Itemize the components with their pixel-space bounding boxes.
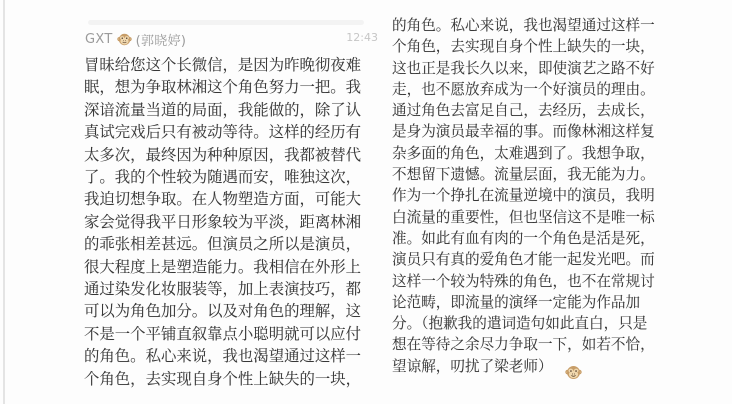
left-edge-divider — [3, 0, 5, 404]
monkey-face-icon — [565, 364, 582, 381]
sender-name: GXT — [85, 32, 113, 47]
previous-bubble-edge — [88, 20, 364, 25]
message-header: GXT (郭晓婷) — [85, 30, 186, 48]
message-text-column-left: 冒昧给您这个长微信，是因为昨晚彻夜难 眠，想为争取林湘这个角色努力一把。我 深谙… — [84, 54, 361, 390]
monkey-face-icon — [117, 32, 132, 47]
sender-alias: (郭晓婷) — [136, 30, 187, 49]
message-timestamp: 12:43 — [330, 31, 378, 44]
message-text-column-right: 的角色。私心来说，我也渴望通过这样一 个角色，去实现自身个性上缺失的一块， 这也… — [392, 15, 655, 377]
